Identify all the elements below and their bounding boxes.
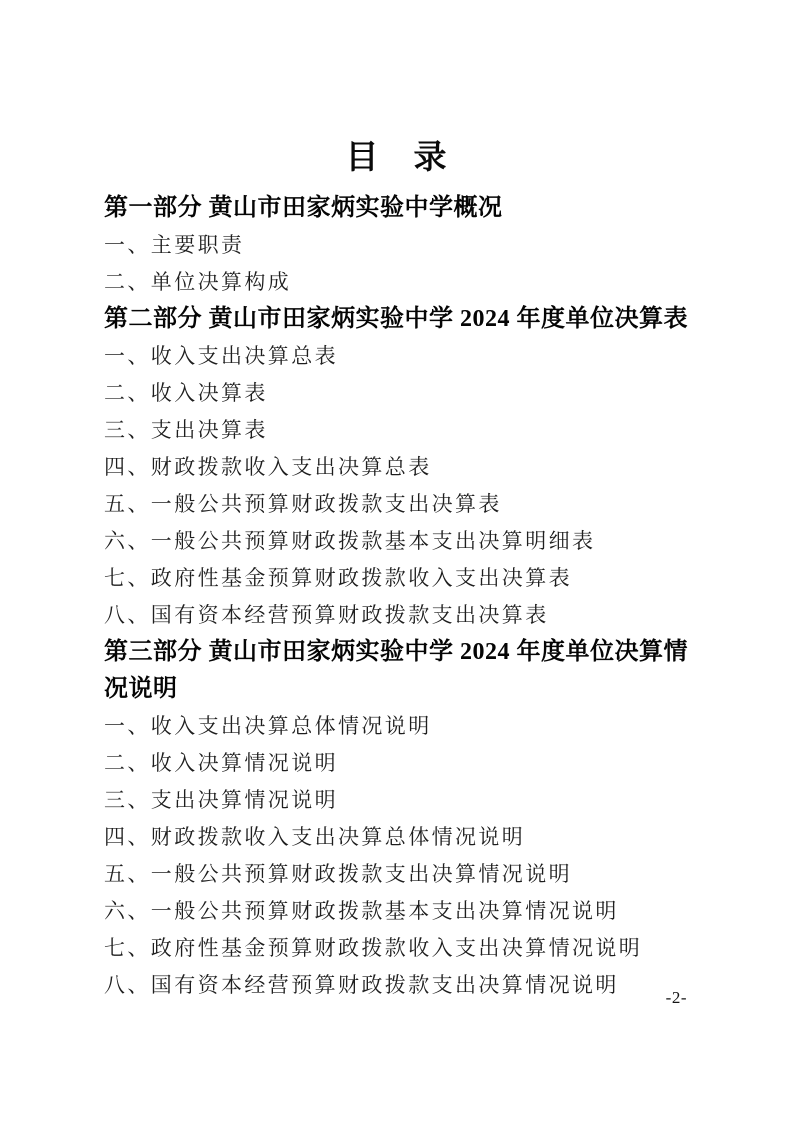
toc-item: 七、政府性基金预算财政拨款收入支出决算表: [104, 560, 704, 597]
toc-item: 三、支出决算表: [104, 412, 704, 449]
toc-item: 六、一般公共预算财政拨款基本支出决算情况说明: [104, 893, 704, 930]
toc-item: 二、单位决算构成: [104, 264, 704, 301]
toc-part-heading: 第二部分 黄山市田家炳实验中学 2024 年度单位决算表: [104, 301, 704, 338]
toc-item: 八、国有资本经营预算财政拨款支出决算情况说明: [104, 967, 704, 1004]
toc-part-heading: 第三部分 黄山市田家炳实验中学 2024 年度单位决算情: [104, 634, 704, 671]
toc-part-heading: 况说明: [104, 671, 704, 708]
document-page: 目 录 第一部分 黄山市田家炳实验中学概况一、主要职责二、单位决算构成第二部分 …: [0, 0, 793, 1122]
toc-item: 三、支出决算情况说明: [104, 782, 704, 819]
toc-item: 八、国有资本经营预算财政拨款支出决算表: [104, 597, 704, 634]
toc-item: 二、收入决算表: [104, 375, 704, 412]
toc-item: 五、一般公共预算财政拨款支出决算表: [104, 486, 704, 523]
page-number: -2-: [666, 988, 687, 1008]
toc-list: 第一部分 黄山市田家炳实验中学概况一、主要职责二、单位决算构成第二部分 黄山市田…: [104, 190, 704, 1004]
toc-item: 六、一般公共预算财政拨款基本支出决算明细表: [104, 523, 704, 560]
toc-item: 二、收入决算情况说明: [104, 745, 704, 782]
toc-item: 七、政府性基金预算财政拨款收入支出决算情况说明: [104, 930, 704, 967]
toc-item: 四、财政拨款收入支出决算总体情况说明: [104, 819, 704, 856]
toc-item: 一、收入支出决算总体情况说明: [104, 708, 704, 745]
toc-item: 一、主要职责: [104, 227, 704, 264]
toc-part-heading: 第一部分 黄山市田家炳实验中学概况: [104, 190, 704, 227]
toc-item: 一、收入支出决算总表: [104, 338, 704, 375]
page-title: 目 录: [0, 136, 793, 180]
toc-item: 五、一般公共预算财政拨款支出决算情况说明: [104, 856, 704, 893]
toc-item: 四、财政拨款收入支出决算总表: [104, 449, 704, 486]
